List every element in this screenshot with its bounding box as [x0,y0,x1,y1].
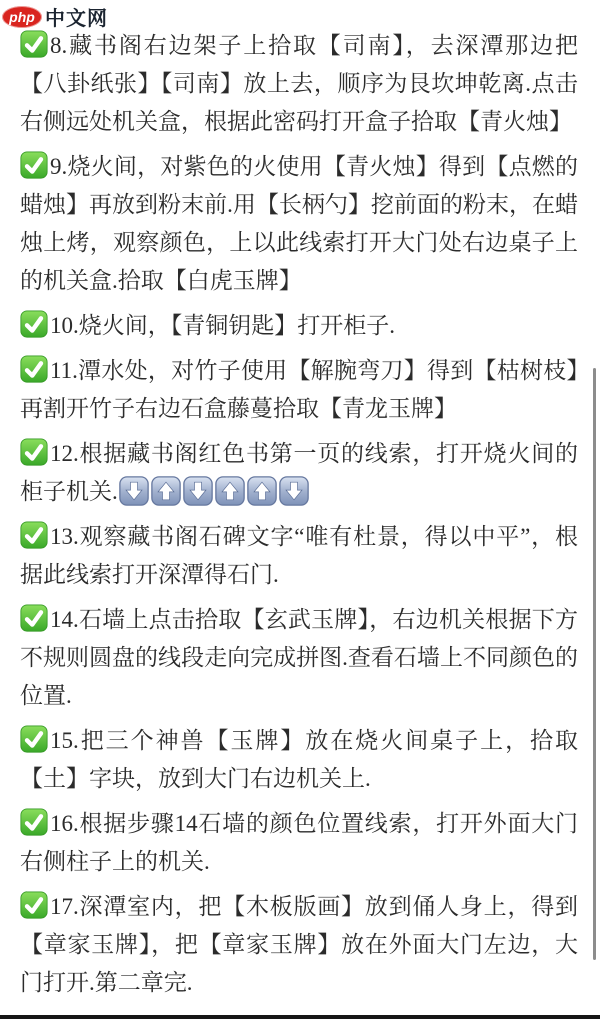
check-icon [20,438,48,466]
step-item: 9.烧火间，对紫色的火使用【青火烛】得到【点燃的蜡烛】再放到粉末前.用【长柄勺】… [20,148,578,300]
scrollbar-thumb[interactable] [593,368,596,960]
step-text: 9.烧火间，对紫色的火使用【青火烛】得到【点燃的蜡烛】再放到粉末前.用【长柄勺】… [20,154,578,293]
check-icon [20,151,48,179]
site-watermark: php 中文网 [2,2,108,31]
check-icon [20,30,48,58]
step-text: 8.藏书阁右边架子上拾取【司南】，去深潭那边把【八卦纸张】【司南】放上去，顺序为… [20,33,578,134]
check-icon [20,891,48,919]
step-text: 11.潭水处，对竹子使用【解腕弯刀】得到【枯树枝】再割开竹子右边石盒藤蔓拾取【青… [20,358,578,421]
step-text: 10.烧火间，【青铜钥匙】打开柜子. [50,313,395,338]
check-icon [20,521,48,549]
arrow-up-icon [215,476,245,506]
arrow-up-icon [247,476,277,506]
step-item: 15.把三个神兽【玉牌】放在烧火间桌子上，拾取【土】字块，放到大门右边机关上. [20,722,578,798]
step-item: 14.石墙上点击拾取【玄武玉牌】，右边机关根据下方不规则圆盘的线段走向完成拼图.… [20,601,578,715]
step-item: 11.潭水处，对竹子使用【解腕弯刀】得到【枯树枝】再割开竹子右边石盒藤蔓拾取【青… [20,352,578,428]
step-item: 17.深潭室内，把【木板版画】放到俑人身上，得到【章家玉牌】，把【章家玉牌】放在… [20,888,578,1002]
step-text: 16.根据步骤14石墙的颜色位置线索，打开外面大门右侧柱子上的机关. [20,811,578,874]
bottom-divider [0,1015,600,1019]
check-icon [20,310,48,338]
step-item: 12.根据藏书阁红色书第一页的线索，打开烧火间的柜子机关. [20,435,578,511]
arrow-down-icon [279,476,309,506]
step-text: 14.石墙上点击拾取【玄武玉牌】，右边机关根据下方不规则圆盘的线段走向完成拼图.… [20,607,578,708]
arrow-up-icon [151,476,181,506]
site-name-label: 中文网 [45,2,108,31]
step-item: 13.观察藏书阁石碑文字“唯有杜景，得以中平”，根据此线索打开深潭得石门. [20,518,578,594]
step-item: 16.根据步骤14石墙的颜色位置线索，打开外面大门右侧柱子上的机关. [20,805,578,881]
step-item: 10.烧火间，【青铜钥匙】打开柜子. [20,307,578,345]
step-item: 8.藏书阁右边架子上拾取【司南】，去深潭那边把【八卦纸张】【司南】放上去，顺序为… [20,27,578,141]
check-icon [20,355,48,383]
arrow-down-icon [183,476,213,506]
arrow-down-icon [119,476,149,506]
walkthrough-article: 8.藏书阁右边架子上拾取【司南】，去深潭那边把【八卦纸张】【司南】放上去，顺序为… [0,0,600,1002]
check-icon [20,725,48,753]
check-icon [20,808,48,836]
step-text: 15.把三个神兽【玉牌】放在烧火间桌子上，拾取【土】字块，放到大门右边机关上. [20,728,578,791]
steps-list: 8.藏书阁右边架子上拾取【司南】，去深潭那边把【八卦纸张】【司南】放上去，顺序为… [20,27,578,1002]
step-text: 17.深潭室内，把【木板版画】放到俑人身上，得到【章家玉牌】，把【章家玉牌】放在… [20,894,578,995]
check-icon [20,604,48,632]
step-text: 13.观察藏书阁石碑文字“唯有杜景，得以中平”，根据此线索打开深潭得石门. [20,524,578,587]
php-logo-badge: php [2,6,42,28]
